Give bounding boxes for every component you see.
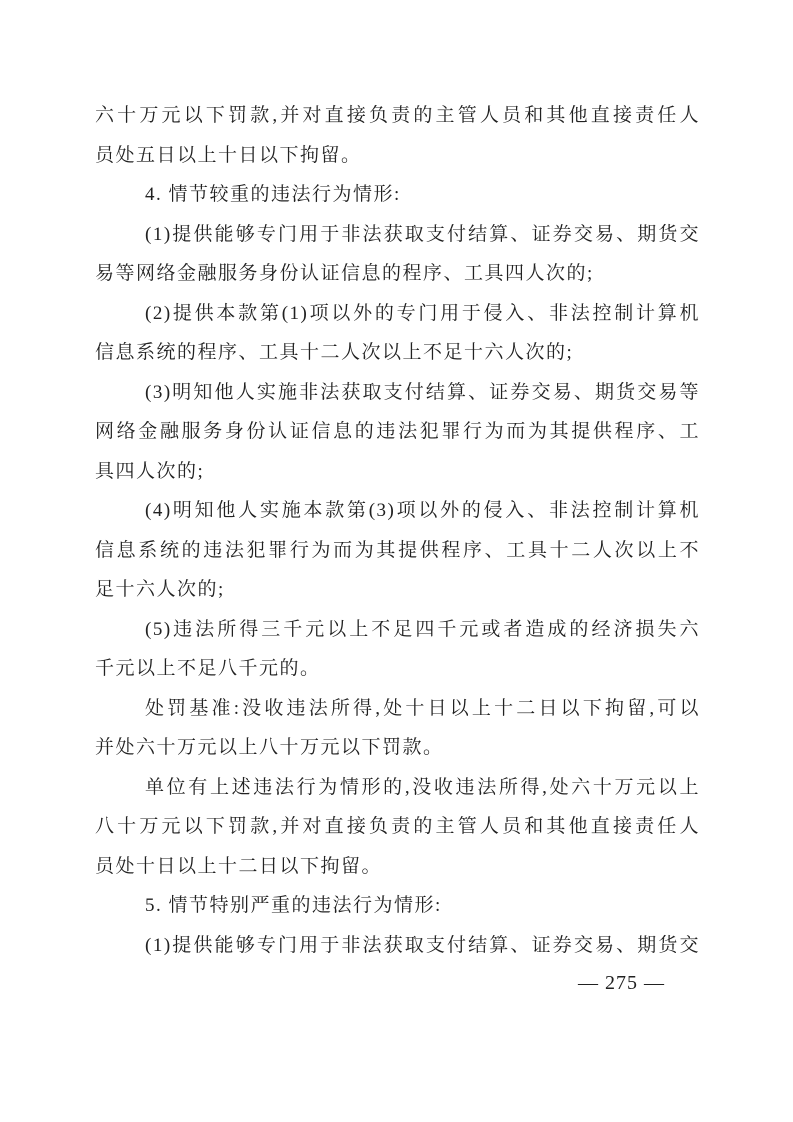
text-line: 员处五日以上十日以下拘留。 [95, 136, 700, 176]
text-line: (3)明知他人实施非法获取支付结算、证券交易、期货交易等 [95, 373, 700, 413]
text-line: 4. 情节较重的违法行为情形: [95, 175, 700, 215]
text-line: 信息系统的程序、工具十二人次以上不足十六人次的; [95, 333, 700, 373]
text-line: (1)提供能够专门用于非法获取支付结算、证券交易、期货交 [95, 215, 700, 255]
page-text: 六十万元以下罚款,并对直接负责的主管人员和其他直接责任人员处五日以上十日以下拘留… [95, 96, 700, 965]
text-line: 员处十日以上十二日以下拘留。 [95, 847, 700, 887]
text-line: 并处六十万元以上八十万元以下罚款。 [95, 728, 700, 768]
text-line: 网络金融服务身份认证信息的违法犯罪行为而为其提供程序、工 [95, 412, 700, 452]
text-line: 易等网络金融服务身份认证信息的程序、工具四人次的; [95, 254, 700, 294]
page-number: — 275 — [578, 971, 665, 995]
document-page: 六十万元以下罚款,并对直接负责的主管人员和其他直接责任人员处五日以上十日以下拘留… [0, 0, 793, 1122]
text-line: (5)违法所得三千元以上不足四千元或者造成的经济损失六 [95, 610, 700, 650]
text-line: 千元以上不足八千元的。 [95, 649, 700, 689]
text-line: 处罚基准:没收违法所得,处十日以上十二日以下拘留,可以 [95, 689, 700, 729]
text-line: 信息系统的违法犯罪行为而为其提供程序、工具十二人次以上不 [95, 531, 700, 571]
text-line: 足十六人次的; [95, 570, 700, 610]
text-line: (1)提供能够专门用于非法获取支付结算、证券交易、期货交 [95, 926, 700, 966]
text-line: 八十万元以下罚款,并对直接负责的主管人员和其他直接责任人 [95, 807, 700, 847]
text-line: (4)明知他人实施本款第(3)项以外的侵入、非法控制计算机 [95, 491, 700, 531]
text-line: 单位有上述违法行为情形的,没收违法所得,处六十万元以上 [95, 768, 700, 808]
text-line: 六十万元以下罚款,并对直接负责的主管人员和其他直接责任人 [95, 96, 700, 136]
text-line: 5. 情节特别严重的违法行为情形: [95, 886, 700, 926]
text-line: 具四人次的; [95, 452, 700, 492]
text-line: (2)提供本款第(1)项以外的专门用于侵入、非法控制计算机 [95, 294, 700, 334]
